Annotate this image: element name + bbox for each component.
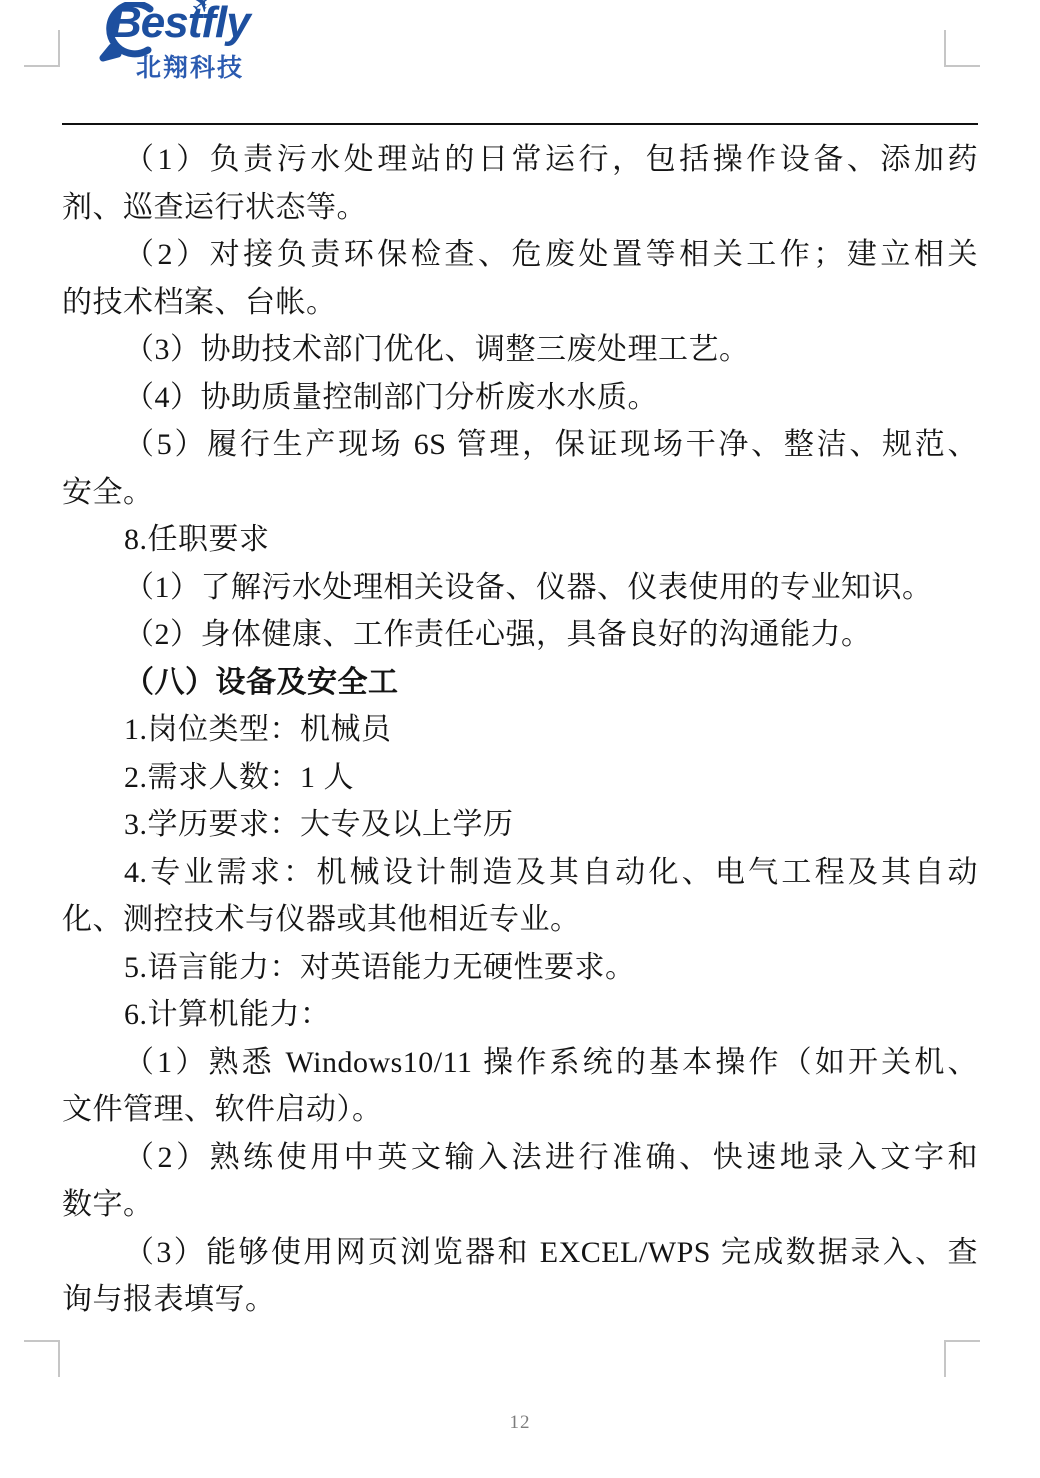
document-page: ✈ Bestfly 北翔科技 （1）负责污水处理站的日常运行，包括操作设备、添加… [0,0,1040,1478]
doc-line: （2）熟练使用中英文输入法进行准确、快速地录入文字和 [62,1134,978,1182]
doc-line: （1）熟悉 Windows10/11 操作系统的基本操作（如开关机、 [62,1039,978,1087]
doc-line: 5.语言能力：对英语能力无硬性要求。 [62,944,978,992]
doc-line: 数字。 [62,1181,978,1229]
page-number: 12 [510,1412,531,1433]
logo-company-name: 北翔科技 [136,48,244,84]
doc-line: （1）了解污水处理相关设备、仪器、仪表使用的专业知识。 [62,564,978,612]
doc-line: 3.学历要求：大专及以上学历 [62,801,978,849]
doc-line: （3）能够使用网页浏览器和 EXCEL/WPS 完成数据录入、查 [62,1229,978,1277]
doc-section-heading: （八）设备及安全工 [62,659,978,707]
header-rule [62,123,978,125]
doc-line: 剂、巡查运行状态等。 [62,184,978,232]
logo-brand-text: Bestfly [110,0,250,48]
doc-line: 4.专业需求：机械设计制造及其自动化、电气工程及其自动 [62,849,978,897]
page-footer: 12 [0,1412,1040,1434]
doc-line: 的技术档案、台帐。 [62,279,978,327]
document-body: （1）负责污水处理站的日常运行，包括操作设备、添加药 剂、巡查运行状态等。 （2… [62,136,978,1324]
doc-line: （2）对接负责环保检查、危废处置等相关工作；建立相关 [62,231,978,279]
doc-line: 1.岗位类型：机械员 [62,706,978,754]
crop-mark-bottom-right [944,1340,980,1377]
doc-line: 询与报表填写。 [62,1276,978,1324]
doc-line: （2）身体健康、工作责任心强，具备良好的沟通能力。 [62,611,978,659]
doc-line: 6.计算机能力： [62,991,978,1039]
doc-line: （1）负责污水处理站的日常运行，包括操作设备、添加药 [62,136,978,184]
doc-line: 2.需求人数：1 人 [62,754,978,802]
company-logo: ✈ Bestfly 北翔科技 [100,2,320,84]
doc-line: （5）履行生产现场 6S 管理，保证现场干净、整洁、规范、 [62,421,978,469]
crop-mark-top-right [944,30,980,67]
doc-line: 安全。 [62,469,978,517]
crop-mark-bottom-left [24,1340,60,1377]
doc-line: 文件管理、软件启动）。 [62,1086,978,1134]
crop-mark-top-left [24,30,60,67]
doc-line: 化、测控技术与仪器或其他相近专业。 [62,896,978,944]
doc-line: （3）协助技术部门优化、调整三废处理工艺。 [62,326,978,374]
doc-line: （4）协助质量控制部门分析废水水质。 [62,374,978,422]
doc-line: 8.任职要求 [62,516,978,564]
